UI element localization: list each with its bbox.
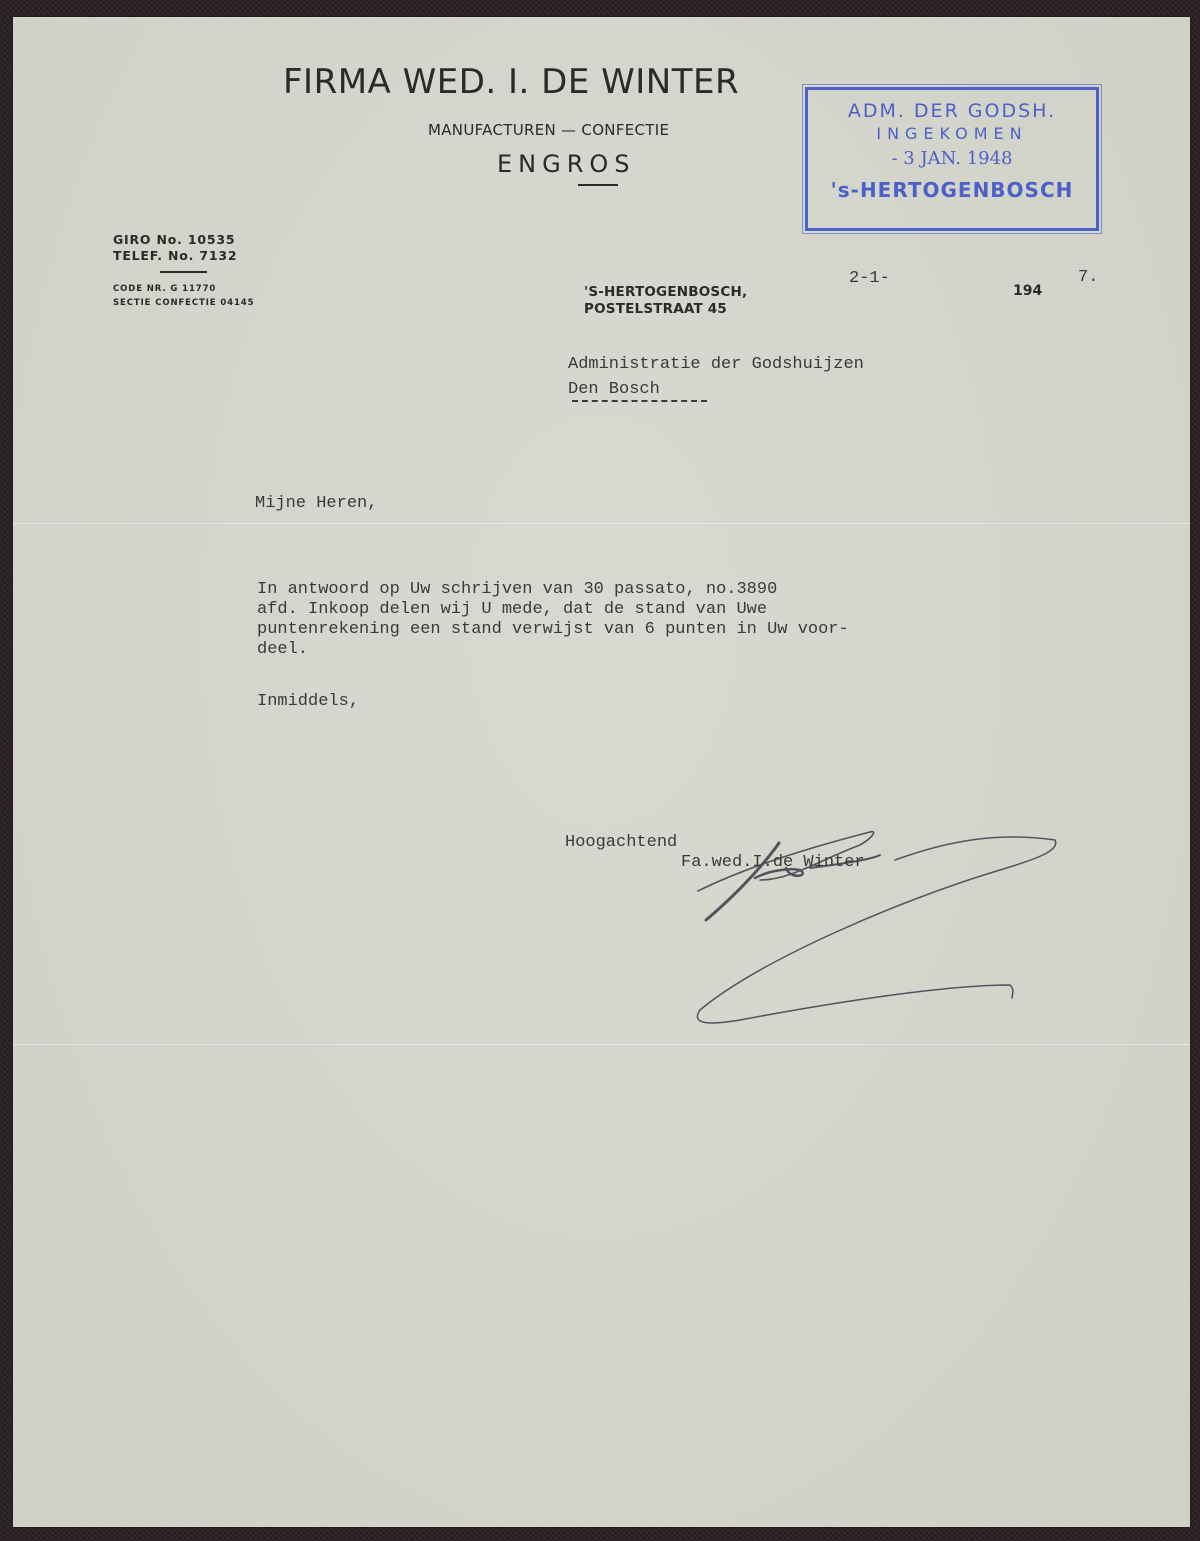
sectie-number: SECTIE CONFECTIE 04145 (113, 296, 254, 310)
code-block: CODE NR. G 11770 SECTIE CONFECTIE 04145 (113, 282, 254, 310)
street: POSTELSTRAAT 45 (584, 301, 747, 318)
year-suffix: 7. (1078, 268, 1098, 287)
city: 'S-HERTOGENBOSCH, (584, 284, 747, 301)
contact-block: GIRO No. 10535 TELEF. No. 7132 (113, 232, 237, 264)
received-stamp: ADM. DER GODSH. INGEKOMEN - 3 JAN. 1948 … (805, 87, 1099, 231)
fold-line-upper (13, 522, 1190, 525)
firm-engros: ENGROS (497, 150, 636, 178)
engros-underline (578, 184, 618, 186)
regards: Hoogachtend (565, 833, 677, 852)
recipient-underline (572, 400, 707, 402)
firm-subtitle: MANUFACTUREN — CONFECTIE (428, 121, 669, 139)
code-number: CODE NR. G 11770 (113, 282, 254, 296)
address-block: 'S-HERTOGENBOSCH, POSTELSTRAAT 45 (584, 284, 747, 318)
stamp-city: 's-HERTOGENBOSCH (808, 178, 1096, 202)
giro-number: GIRO No. 10535 (113, 232, 237, 248)
telephone-number: TELEF. No. 7132 (113, 248, 237, 264)
stamp-line-2: INGEKOMEN (808, 124, 1096, 143)
year-prefix: 194 (1013, 283, 1042, 299)
salutation: Mijne Heren, (255, 494, 377, 513)
date-day-month: 2-1- (849, 269, 890, 288)
firm-name: FIRMA WED. I. DE WINTER (283, 62, 739, 102)
typed-signature: Fa.wed.I.de Winter (681, 853, 865, 872)
fold-line-lower (13, 1043, 1190, 1046)
stamp-date: - 3 JAN. 1948 (808, 148, 1096, 169)
recipient-line-2: Den Bosch (568, 380, 660, 399)
closing: Inmiddels, (257, 692, 359, 711)
letter-body: In antwoord op Uw schrijven van 30 passa… (257, 580, 849, 660)
stamp-line-1: ADM. DER GODSH. (808, 100, 1096, 122)
recipient-line-1: Administratie der Godshuijzen (568, 355, 864, 374)
contact-divider (160, 271, 207, 273)
